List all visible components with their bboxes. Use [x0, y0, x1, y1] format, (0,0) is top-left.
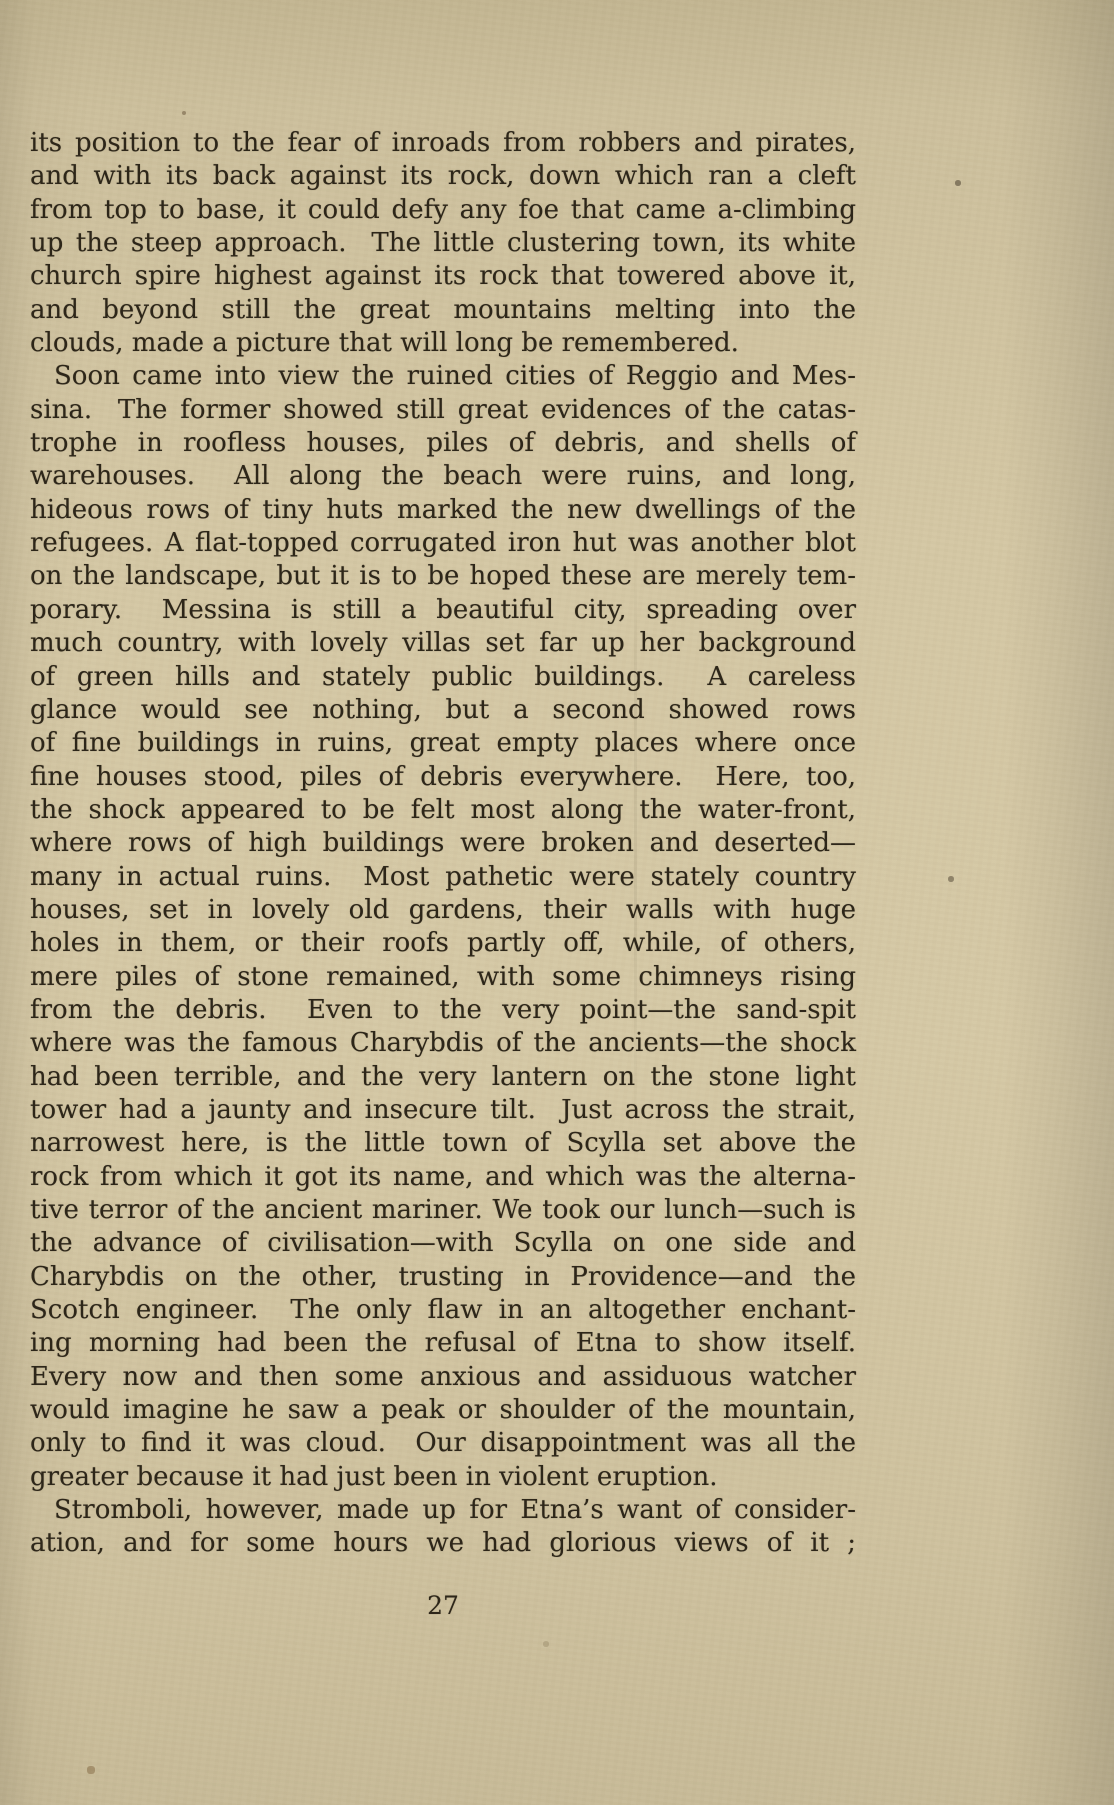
text-line: glance would see nothing, but a second s… [30, 694, 856, 727]
text-line: narrowest here, is the little town of Sc… [30, 1127, 856, 1160]
text-line: Stromboli, however, made up for Etna’s w… [30, 1494, 856, 1527]
text-line: trophe in roofless houses, piles of debr… [30, 427, 856, 460]
text-line: clouds, made a picture that will long be… [30, 327, 856, 360]
text-line: ation, and for some hours we had gloriou… [30, 1527, 856, 1560]
text-line: mere piles of stone remained, with some … [30, 961, 856, 994]
text-line: of green hills and stately public buildi… [30, 661, 856, 694]
body-text: its position to the fear of inroads from… [30, 127, 856, 1561]
text-line: where rows of high buildings were broken… [30, 827, 856, 860]
text-line: porary. Messina is still a beautiful cit… [30, 594, 856, 627]
text-line: Soon came into view the ruined cities of… [30, 360, 856, 393]
text-line: many in actual ruins. Most pathetic were… [30, 861, 856, 894]
text-line: refugees. A flat-topped corrugated iron … [30, 527, 856, 560]
text-line: from top to base, it could defy any foe … [30, 194, 856, 227]
book-page: its position to the fear of inroads from… [0, 0, 1114, 1805]
paper-specks [0, 0, 2, 2]
text-line: where was the famous Charybdis of the an… [30, 1027, 856, 1060]
text-line: greater because it had just been in viol… [30, 1461, 856, 1494]
text-line: holes in them, or their roofs partly off… [30, 927, 856, 960]
text-line: fine houses stood, piles of debris every… [30, 761, 856, 794]
text-line: the shock appeared to be felt most along… [30, 794, 856, 827]
text-line: tower had a jaunty and insecure tilt. Ju… [30, 1094, 856, 1127]
text-line: warehouses. All along the beach were rui… [30, 460, 856, 493]
text-line: Every now and then some anxious and assi… [30, 1361, 856, 1394]
text-line: houses, set in lovely old gardens, their… [30, 894, 856, 927]
text-line: and beyond still the great mountains mel… [30, 294, 856, 327]
text-line: hideous rows of tiny huts marked the new… [30, 494, 856, 527]
page-number: 27 [30, 1591, 856, 1620]
text-line: tive terror of the ancient mariner. We t… [30, 1194, 856, 1227]
text-line: Charybdis on the other, trusting in Prov… [30, 1261, 856, 1294]
text-line: church spire highest against its rock th… [30, 260, 856, 293]
text-line: the advance of civilisation—with Scylla … [30, 1227, 856, 1260]
text-line: Scotch engineer. The only flaw in an alt… [30, 1294, 856, 1327]
text-line: of fine buildings in ruins, great empty … [30, 727, 856, 760]
text-line: had been terrible, and the very lantern … [30, 1061, 856, 1094]
text-line: rock from which it got its name, and whi… [30, 1161, 856, 1194]
text-line: ing morning had been the refusal of Etna… [30, 1327, 856, 1360]
text-line: on the landscape, but it is to be hoped … [30, 560, 856, 593]
text-line: from the debris. Even to the very point—… [30, 994, 856, 1027]
text-line: sina. The former showed still great evid… [30, 394, 856, 427]
text-line: would imagine he saw a peak or shoulder … [30, 1394, 856, 1427]
text-line: much country, with lovely villas set far… [30, 627, 856, 660]
text-line: only to find it was cloud. Our disappoin… [30, 1427, 856, 1460]
text-line: up the steep approach. The little cluste… [30, 227, 856, 260]
text-line: and with its back against its rock, down… [30, 160, 856, 193]
text-line: its position to the fear of inroads from… [30, 127, 856, 160]
